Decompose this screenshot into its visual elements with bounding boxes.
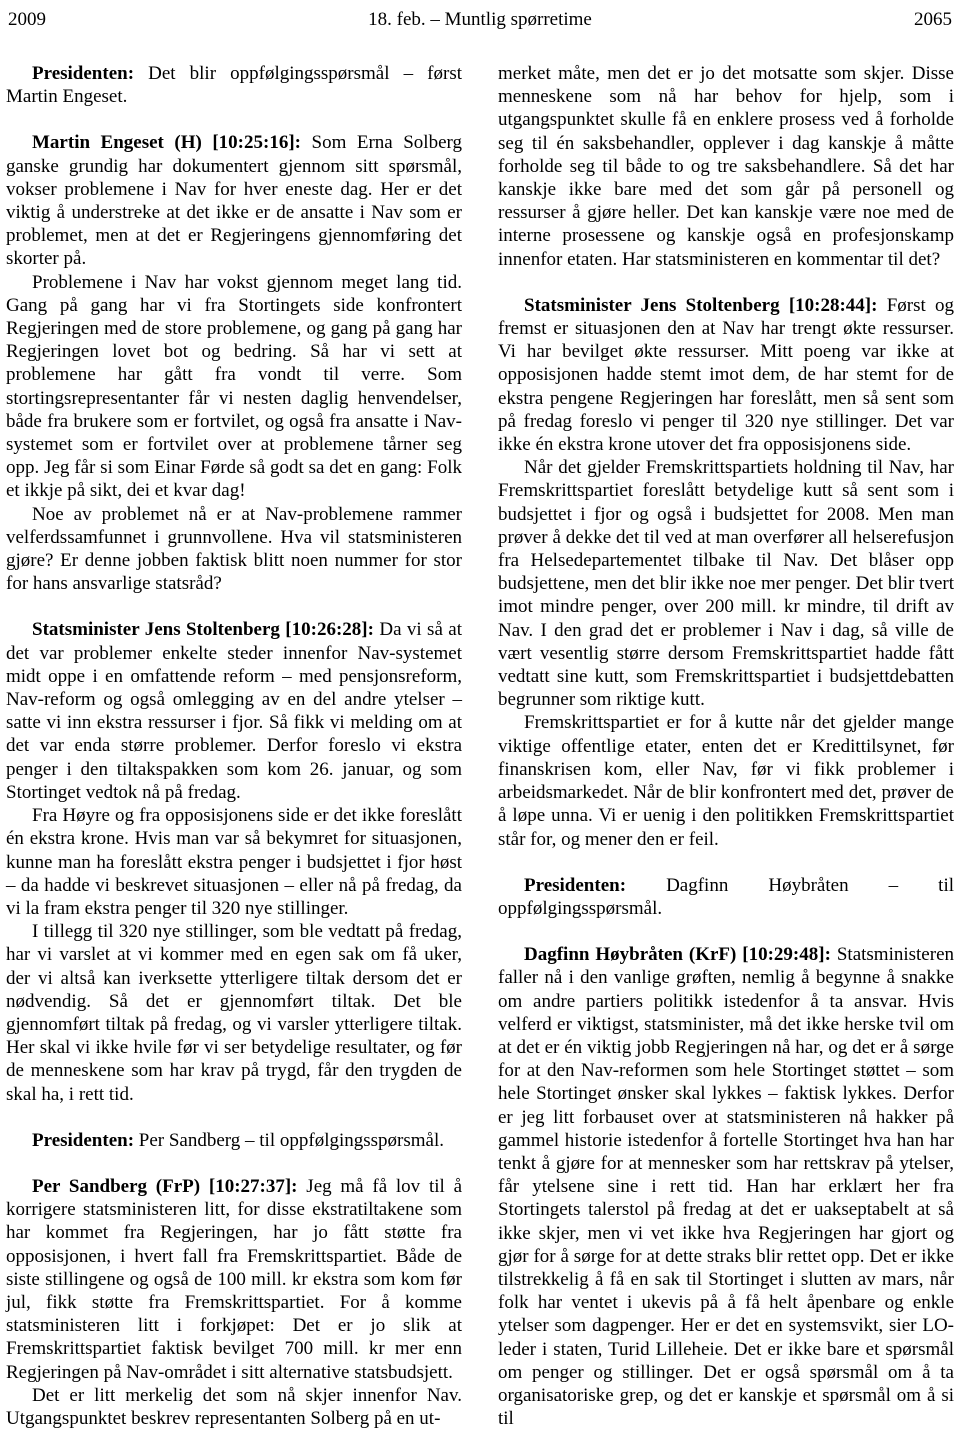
paragraph-speech: Dagfinn Høybråten (KrF) [10:29:48]: Stat…: [498, 943, 954, 1430]
paragraph-continuation: Problemene i Nav har vokst gjennom meget…: [6, 271, 462, 503]
speech-text: Når det gjelder Fremskrittspartiets hold…: [498, 457, 954, 710]
paragraph-speech: Martin Engeset (H) [10:25:16]: Som Erna …: [6, 131, 462, 270]
left-column: Presidenten: Det blir oppfølgingsspørsmå…: [6, 62, 462, 1430]
paragraph-continuation: Noe av problemet nå er at Nav-problemene…: [6, 503, 462, 596]
document-page: 2009 18. feb. – Muntlig spørretime 2065 …: [0, 0, 960, 1430]
paragraph-speech: Statsminister Jens Stoltenberg [10:28:44…: [498, 294, 954, 456]
paragraph-president: Presidenten: Det blir oppfølgingsspørsmå…: [6, 62, 462, 108]
speech-text: Per Sandberg – til oppfølgingsspørsmål.: [139, 1130, 444, 1151]
speech-text: I tillegg til 320 nye stillinger, som bl…: [6, 921, 462, 1104]
paragraph-continuation: Det er litt merkelig det som nå skjer in…: [6, 1384, 462, 1430]
speech-text: Jeg må få lov til å korrigere statsminis…: [6, 1176, 462, 1383]
paragraph-continuation: I tillegg til 320 nye stillinger, som bl…: [6, 920, 462, 1106]
speech-text: Da vi så at det var problemer enkelte st…: [6, 619, 462, 802]
speech-text: Noe av problemet nå er at Nav-problemene…: [6, 504, 462, 595]
page-header: 2009 18. feb. – Muntlig spørretime 2065: [6, 8, 954, 34]
speech-text: Fremskrittspartiet er for å kutte når de…: [498, 712, 954, 849]
paragraph-continuation: merket måte, men det er jo det motsatte …: [498, 62, 954, 271]
paragraph-continuation: Når det gjelder Fremskrittspartiets hold…: [498, 456, 954, 711]
speech-text: merket måte, men det er jo det motsatte …: [498, 63, 954, 270]
speaker-name: Statsminister Jens Stoltenberg [10:28:44…: [524, 295, 877, 316]
paragraph-speech: Per Sandberg (FrP) [10:27:37]: Jeg må få…: [6, 1175, 462, 1384]
speech-text: Statsministeren faller nå i den vanlige …: [498, 944, 954, 1429]
paragraph-continuation: Fra Høyre og fra opposisjonens side er d…: [6, 804, 462, 920]
paragraph-continuation: Fremskrittspartiet er for å kutte når de…: [498, 711, 954, 850]
speech-text: Det er litt merkelig det som nå skjer in…: [6, 1385, 462, 1429]
paragraph-speech: Statsminister Jens Stoltenberg [10:26:28…: [6, 618, 462, 804]
speaker-name: Presidenten:: [524, 875, 626, 896]
speech-text: Først og fremst er situasjonen den at Na…: [498, 295, 954, 455]
paragraph-president: Presidenten: Dagfinn Høybråten – til opp…: [498, 874, 954, 920]
two-column-text: Presidenten: Det blir oppfølgingsspørsmå…: [6, 62, 954, 1430]
speaker-name: Statsminister Jens Stoltenberg [10:26:28…: [32, 619, 374, 640]
speaker-name: Dagfinn Høybråten (KrF) [10:29:48]:: [524, 944, 831, 965]
speaker-name: Presidenten:: [32, 63, 134, 84]
speaker-name: Martin Engeset (H) [10:25:16]:: [32, 132, 301, 153]
speech-text: Problemene i Nav har vokst gjennom meget…: [6, 272, 462, 502]
header-session-title: 18. feb. – Muntlig spørretime: [6, 8, 954, 32]
speaker-name: Per Sandberg (FrP) [10:27:37]:: [32, 1176, 298, 1197]
right-column: merket måte, men det er jo det motsatte …: [498, 62, 954, 1430]
speech-text: Fra Høyre og fra opposisjonens side er d…: [6, 805, 462, 919]
header-page-number: 2065: [914, 8, 952, 32]
speaker-name: Presidenten:: [32, 1130, 134, 1151]
paragraph-president: Presidenten: Per Sandberg – til oppfølgi…: [6, 1129, 462, 1152]
